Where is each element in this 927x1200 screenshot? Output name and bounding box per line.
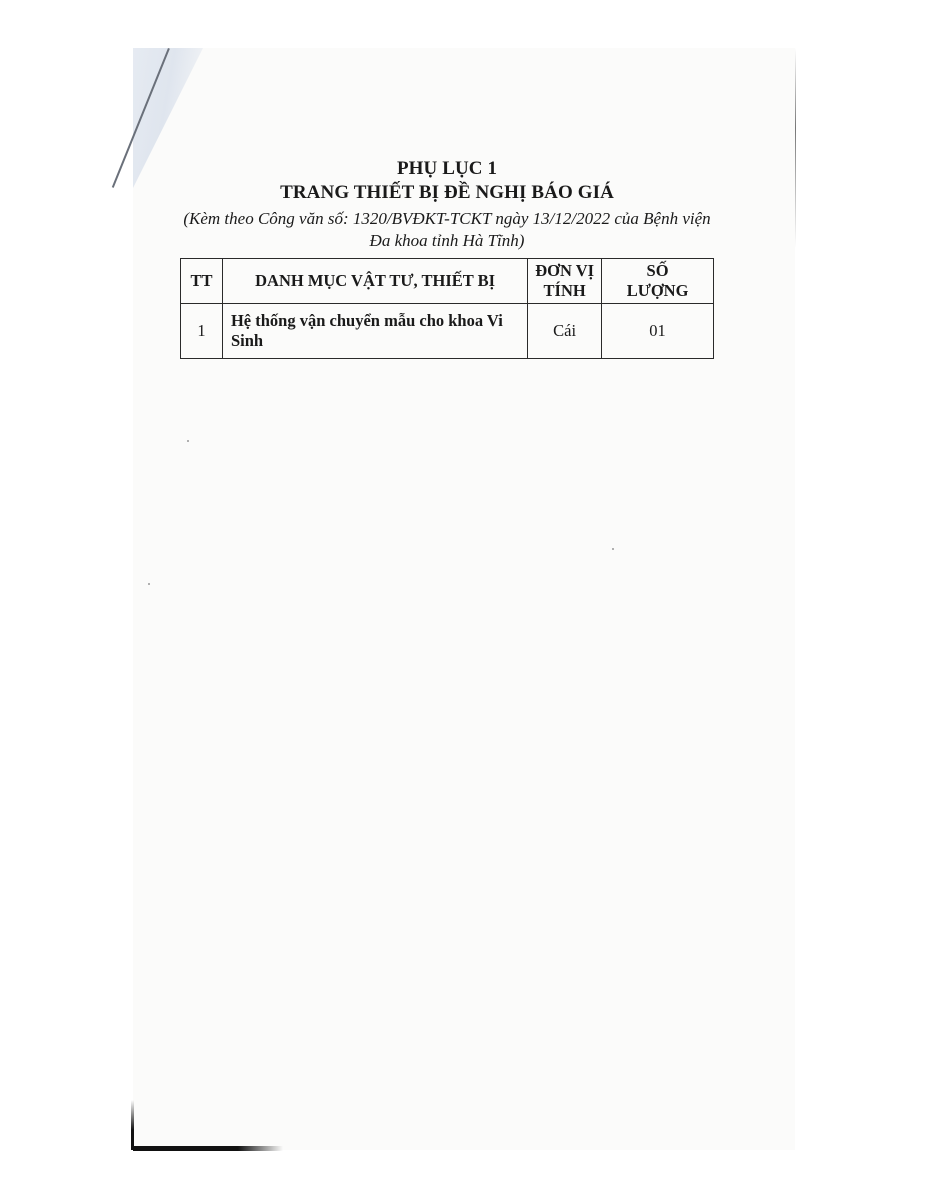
- cell-item-name: Hệ thống vận chuyển mẫu cho khoa Vi Sinh: [222, 304, 527, 359]
- cell-tt: 1: [181, 304, 223, 359]
- header-unit-line-2: TÍNH: [534, 281, 595, 301]
- scan-speck: [148, 583, 150, 585]
- document-title: TRANG THIẾT BỊ ĐỀ NGHỊ BÁO GIÁ: [180, 182, 714, 204]
- header-qty-line-1: SỐ: [608, 261, 707, 281]
- table-row: 1 Hệ thống vận chuyển mẫu cho khoa Vi Si…: [181, 304, 714, 359]
- document-subtitle: (Kèm theo Công văn số: 1320/BVĐKT-TCKT n…: [160, 208, 734, 252]
- subtitle-line-2: Đa khoa tỉnh Hà Tĩnh): [160, 230, 734, 252]
- header-unit: ĐƠN VỊ TÍNH: [528, 259, 602, 304]
- cell-unit: Cái: [528, 304, 602, 359]
- scan-speck: [612, 548, 614, 550]
- header-item-name: DANH MỤC VẬT TƯ, THIẾT BỊ: [222, 259, 527, 304]
- cell-quantity: 01: [602, 304, 714, 359]
- header-qty-line-2: LƯỢNG: [608, 281, 707, 301]
- header-tt: TT: [181, 259, 223, 304]
- equipment-table: TT DANH MỤC VẬT TƯ, THIẾT BỊ ĐƠN VỊ TÍNH…: [180, 258, 714, 359]
- header-unit-line-1: ĐƠN VỊ: [534, 261, 595, 281]
- scan-shadow-bottom: [133, 1146, 283, 1151]
- appendix-title: PHỤ LỤC 1: [180, 158, 714, 180]
- page-right-edge: [795, 48, 796, 248]
- subtitle-line-1: (Kèm theo Công văn số: 1320/BVĐKT-TCKT n…: [160, 208, 734, 230]
- table-header-row: TT DANH MỤC VẬT TƯ, THIẾT BỊ ĐƠN VỊ TÍNH…: [181, 259, 714, 304]
- header-quantity: SỐ LƯỢNG: [602, 259, 714, 304]
- scan-shadow-left: [131, 1100, 134, 1150]
- scan-speck: [187, 440, 189, 442]
